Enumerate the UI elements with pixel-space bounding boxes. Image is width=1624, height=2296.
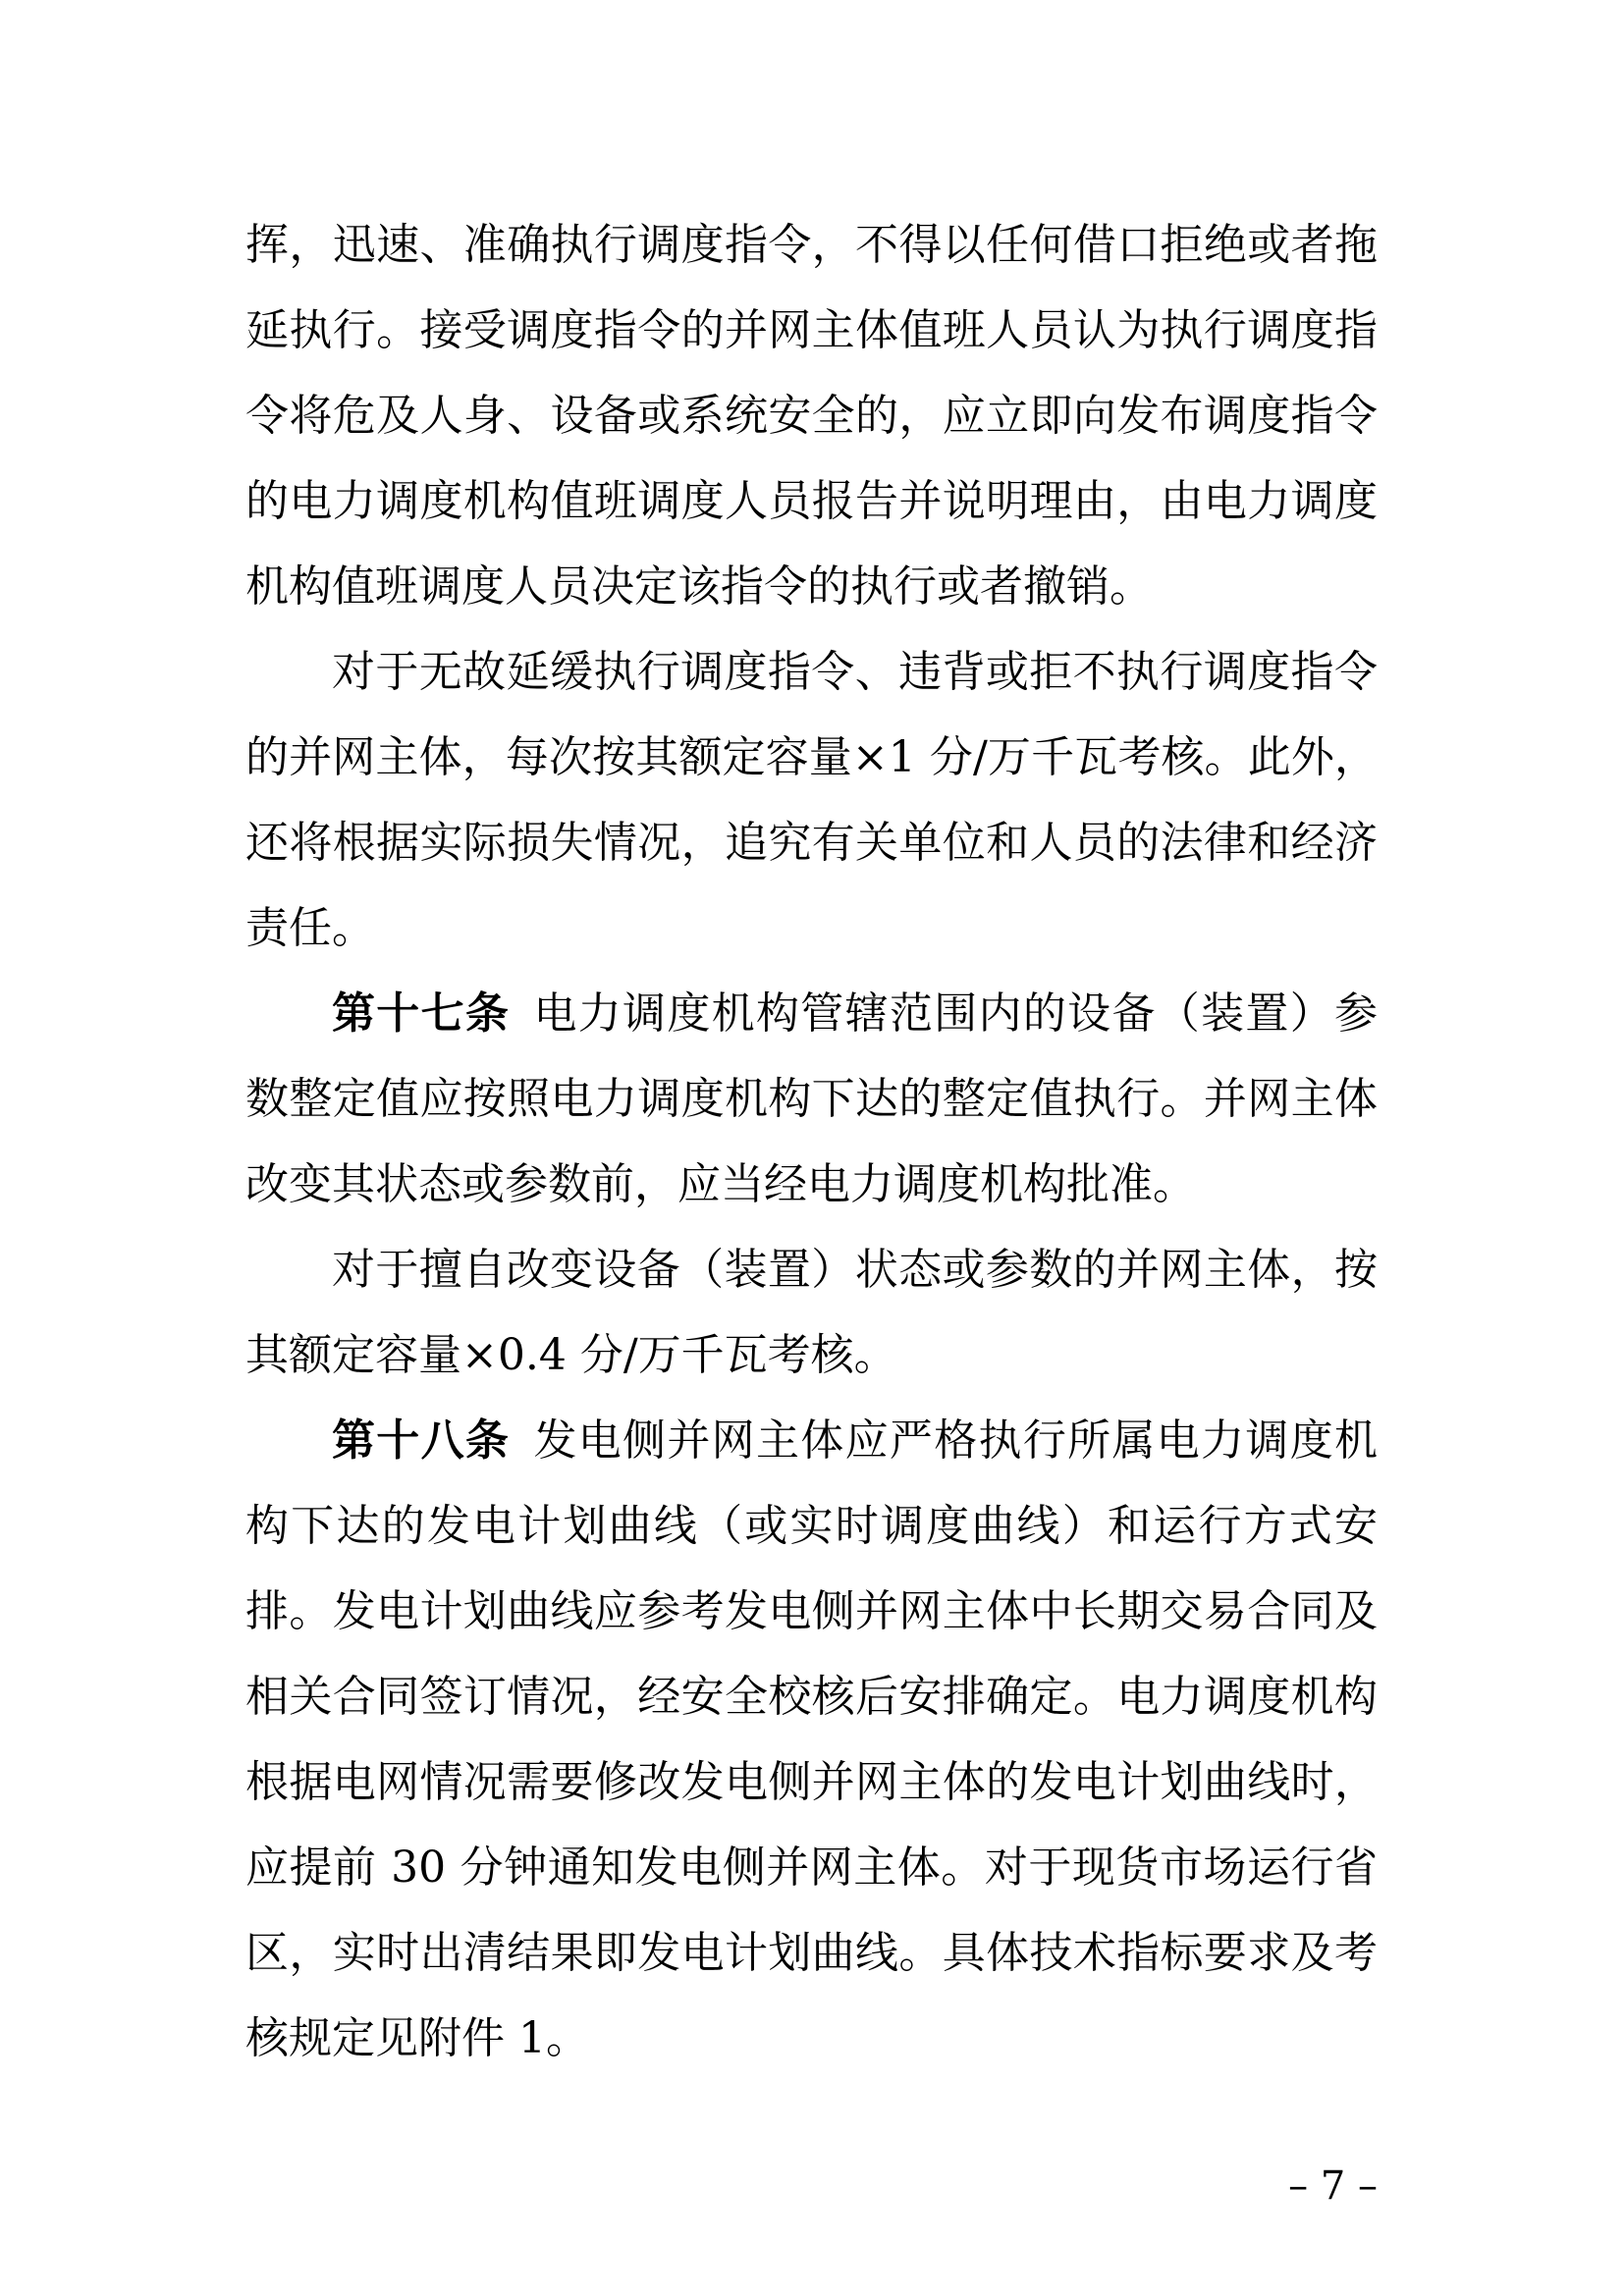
article-number: 第十八条	[332, 1415, 510, 1466]
document-body: 挥，迅速、准确执行调度指令，不得以任何借口拒绝或者拖延执行。接受调度指令的并网主…	[245, 202, 1378, 2081]
paragraph-text: 发电侧并网主体应严格执行所属电力调度机构下达的发电计划曲线（或实时调度曲线）和运…	[245, 1415, 1378, 2063]
paragraph-text: 对于无故延缓执行调度指令、违背或拒不执行调度指令的并网主体，每次按其额定容量×1…	[245, 647, 1378, 953]
paragraph: 第十七条电力调度机构管辖范围内的设备（装置）参数整定值应按照电力调度机构下达的整…	[245, 971, 1378, 1227]
paragraph: 对于擅自改变设备（装置）状态或参数的并网主体，按其额定容量×0.4 分/万千瓦考…	[245, 1227, 1378, 1398]
article-number: 第十七条	[332, 988, 510, 1039]
page-number: – 7 –	[1288, 2163, 1378, 2209]
paragraph-text: 挥，迅速、准确执行调度指令，不得以任何借口拒绝或者拖延执行。接受调度指令的并网主…	[245, 220, 1378, 612]
page-footer: – 7 –	[245, 2163, 1378, 2210]
document-page: 挥，迅速、准确执行调度指令，不得以任何借口拒绝或者拖延执行。接受调度指令的并网主…	[0, 0, 1624, 2296]
paragraph: 挥，迅速、准确执行调度指令，不得以任何借口拒绝或者拖延执行。接受调度指令的并网主…	[245, 202, 1378, 629]
paragraph-text: 对于擅自改变设备（装置）状态或参数的并网主体，按其额定容量×0.4 分/万千瓦考…	[245, 1245, 1378, 1380]
paragraph: 第十八条发电侧并网主体应严格执行所属电力调度机构下达的发电计划曲线（或实时调度曲…	[245, 1398, 1378, 2081]
paragraph: 对于无故延缓执行调度指令、违背或拒不执行调度指令的并网主体，每次按其额定容量×1…	[245, 629, 1378, 971]
